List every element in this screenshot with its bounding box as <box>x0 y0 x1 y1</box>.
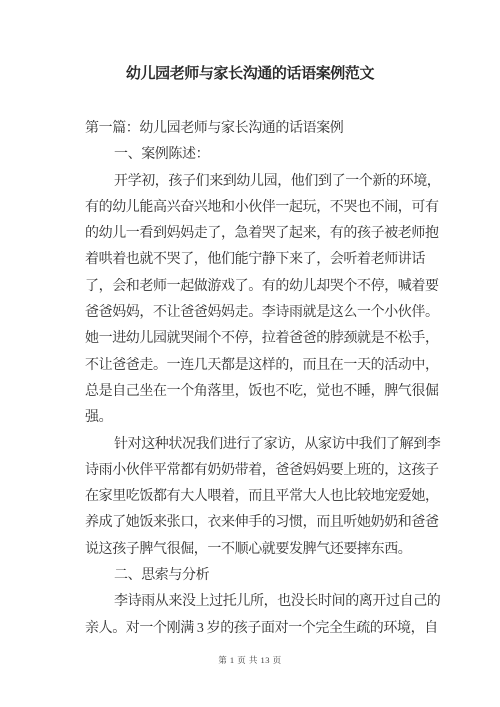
doc-line: 针对这种状况我们进行了家访，从家访中我们了解到李 <box>85 432 441 458</box>
document-page: 幼儿园老师与家长沟通的话语案例范文 第一篇：幼儿园老师与家长沟通的话语案例 一、… <box>0 0 500 707</box>
doc-line: 有的幼儿能高兴奋兴地和小伙伴一起玩，不哭也不闹，可有 <box>85 195 441 221</box>
doc-line: 强。 <box>85 405 441 431</box>
doc-line: 一、案例陈述： <box>85 142 441 168</box>
doc-line: 她一进幼儿园就哭闹个不停，拉着爸爸的脖颈就是不松手， <box>85 326 441 352</box>
doc-line: 在家里吃饭都有大人喂着，而且平常大人也比较地宠爱她， <box>85 484 441 510</box>
document-body: 第一篇：幼儿园老师与家长沟通的话语案例 一、案例陈述： 开学初，孩子们来到幼儿园… <box>85 116 441 642</box>
doc-line: 的幼儿一看到妈妈走了，急着哭了起来，有的孩子被老师抱 <box>85 221 441 247</box>
doc-line: 亲人。对一个刚满 3 岁的孩子面对一个完全生疏的环境，自 <box>85 616 441 642</box>
doc-line: 说这孩子脾气很倔，一不顺心就要发脾气还要摔东西。 <box>85 537 441 563</box>
doc-line: 了，会和老师一起做游戏了。有的幼儿却哭个不停，喊着要 <box>85 274 441 300</box>
doc-line: 第一篇：幼儿园老师与家长沟通的话语案例 <box>85 116 441 142</box>
page-title: 幼儿园老师与家长沟通的话语案例范文 <box>60 62 440 83</box>
doc-line: 二、思索与分析 <box>85 563 441 589</box>
doc-line: 不让爸爸走。一连几天都是这样的，而且在一天的活动中， <box>85 353 441 379</box>
page-footer: 第 1 页 共 13 页 <box>0 654 500 666</box>
doc-line: 诗雨小伙伴平常都有奶奶带着，爸爸妈妈要上班的，这孩子 <box>85 458 441 484</box>
doc-line: 爸爸妈妈，不让爸爸妈妈走。李诗雨就是这么一个小伙伴。 <box>85 300 441 326</box>
doc-line: 李诗雨从来没上过托儿所，也没长时间的离开过自己的 <box>85 589 441 615</box>
doc-line: 开学初，孩子们来到幼儿园，他们到了一个新的环境， <box>85 169 441 195</box>
doc-line: 着哄着也就不哭了，他们能宁静下来了，会听着老师讲话 <box>85 247 441 273</box>
doc-line: 总是自己坐在一个角落里，饭也不吃，觉也不睡，脾气很倔 <box>85 379 441 405</box>
doc-line: 养成了她饭来张口，衣来伸手的习惯，而且听她奶奶和爸爸 <box>85 510 441 536</box>
